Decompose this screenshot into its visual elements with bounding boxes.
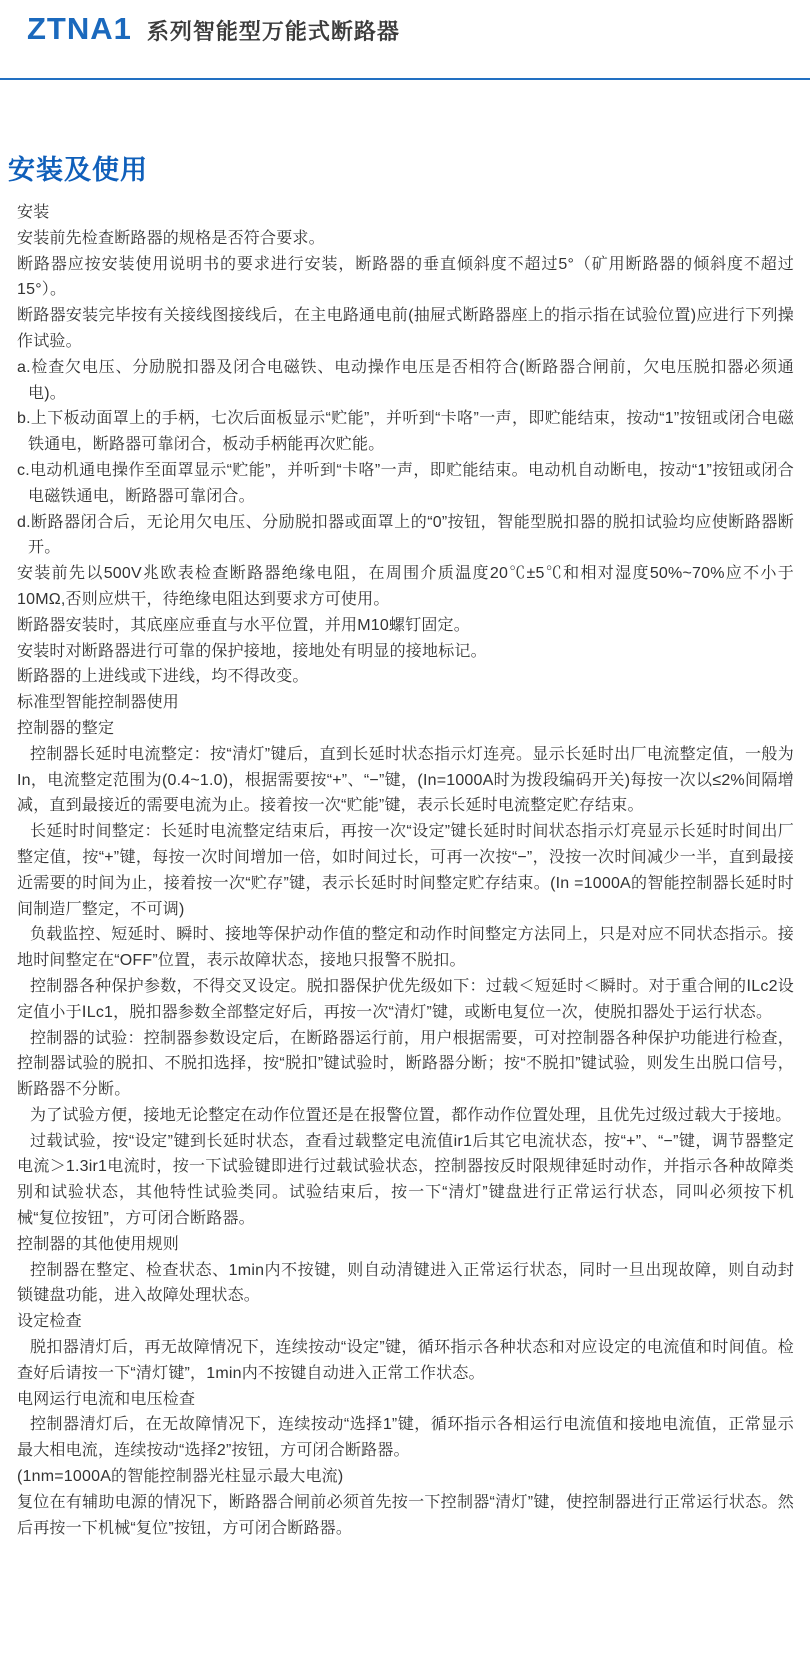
header-divider [0, 78, 810, 80]
section-content: 安装安装前先检查断路器的规格是否符合要求。断路器应按安装使用说明书的要求进行安装… [17, 200, 794, 1541]
paragraph: 安装时对断路器进行可靠的保护接地，接地处有明显的接地标记。 [17, 639, 794, 665]
section-title: 安装及使用 [8, 148, 148, 187]
paragraph: 设定检查 [17, 1309, 794, 1335]
paragraph: 控制器的整定 [17, 716, 794, 742]
paragraph: 安装前先以500V兆欧表检查断路器绝缘电阻，在周围介质温度20℃±5℃和相对湿度… [17, 561, 794, 613]
paragraph: b.上下板动面罩上的手柄，七次后面板显示“贮能”，并听到“卡咯”一声，即贮能结束… [17, 406, 794, 458]
paragraph: 断路器的上进线或下进线，均不得改变。 [17, 664, 794, 690]
paragraph: 控制器清灯后，在无故障情况下，连续按动“选择1”键，循环指示各相运行电流值和接地… [17, 1412, 794, 1464]
paragraph: 过载试验，按“设定”键到长延时状态，查看过载整定电流值ir1后其它电流状态，按“… [17, 1129, 794, 1232]
paragraph: 安装前先检查断路器的规格是否符合要求。 [17, 226, 794, 252]
paragraph: 断路器安装时，其底座应垂直与水平位置，并用M10螺钉固定。 [17, 613, 794, 639]
paragraph: (1nm=1000A的智能控制器光柱显示最大电流) [17, 1464, 794, 1490]
paragraph: 为了试验方便，接地无论整定在动作位置还是在报警位置，都作动作位置处理，且优先过级… [17, 1103, 794, 1129]
paragraph: 断路器应按安装使用说明书的要求进行安装，断路器的垂直倾斜度不超过5°（矿用断路器… [17, 252, 794, 304]
paragraph: 安装 [17, 200, 794, 226]
paragraph: c.电动机通电操作至面罩显示“贮能”，并听到“卡咯”一声，即贮能结束。电动机自动… [17, 458, 794, 510]
product-code: ZTNA1 [27, 10, 132, 47]
paragraph: 长延时时间整定：长延时电流整定结束后，再按一次“设定”键长延时时间状态指示灯亮显… [17, 819, 794, 922]
document-page: ZTNA1 系列智能型万能式断路器 安装及使用 安装安装前先检查断路器的规格是否… [0, 0, 810, 1670]
paragraph: 电网运行电流和电压检查 [17, 1387, 794, 1413]
paragraph: 脱扣器清灯后，再无故障情况下，连续按动“设定”键，循环指示各种状态和对应设定的电… [17, 1335, 794, 1387]
paragraph: 复位在有辅助电源的情况下，断路器合闸前必须首先按一下控制器“清灯”键，使控制器进… [17, 1490, 794, 1542]
paragraph: d.断路器闭合后，无论用欠电压、分励脱扣器或面罩上的“0”按钮，智能型脱扣器的脱… [17, 510, 794, 562]
paragraph: 控制器在整定、检查状态、1min内不按键，则自动清键进入正常运行状态，同时一旦出… [17, 1258, 794, 1310]
doc-header: ZTNA1 系列智能型万能式断路器 [27, 10, 800, 47]
paragraph: 控制器长延时电流整定：按“清灯”键后，直到长延时状态指示灯连亮。显示长延时出厂电… [17, 742, 794, 819]
paragraph: 标准型智能控制器使用 [17, 690, 794, 716]
product-name: 系列智能型万能式断路器 [147, 15, 400, 46]
paragraph: 控制器各种保护参数，不得交叉设定。脱扣器保护优先级如下：过载＜短延时＜瞬时。对于… [17, 974, 794, 1026]
paragraph: 断路器安装完毕按有关接线图接线后，在主电路通电前(抽屉式断路器座上的指示指在试验… [17, 303, 794, 355]
paragraph: 控制器的其他使用规则 [17, 1232, 794, 1258]
paragraph: 控制器的试验：控制器参数设定后，在断路器运行前，用户根据需要，可对控制器各种保护… [17, 1026, 794, 1103]
paragraph: 负载监控、短延时、瞬时、接地等保护动作值的整定和动作时间整定方法同上，只是对应不… [17, 922, 794, 974]
paragraph: a.检查欠电压、分励脱扣器及闭合电磁铁、电动操作电压是否相符合(断路器合闸前，欠… [17, 355, 794, 407]
